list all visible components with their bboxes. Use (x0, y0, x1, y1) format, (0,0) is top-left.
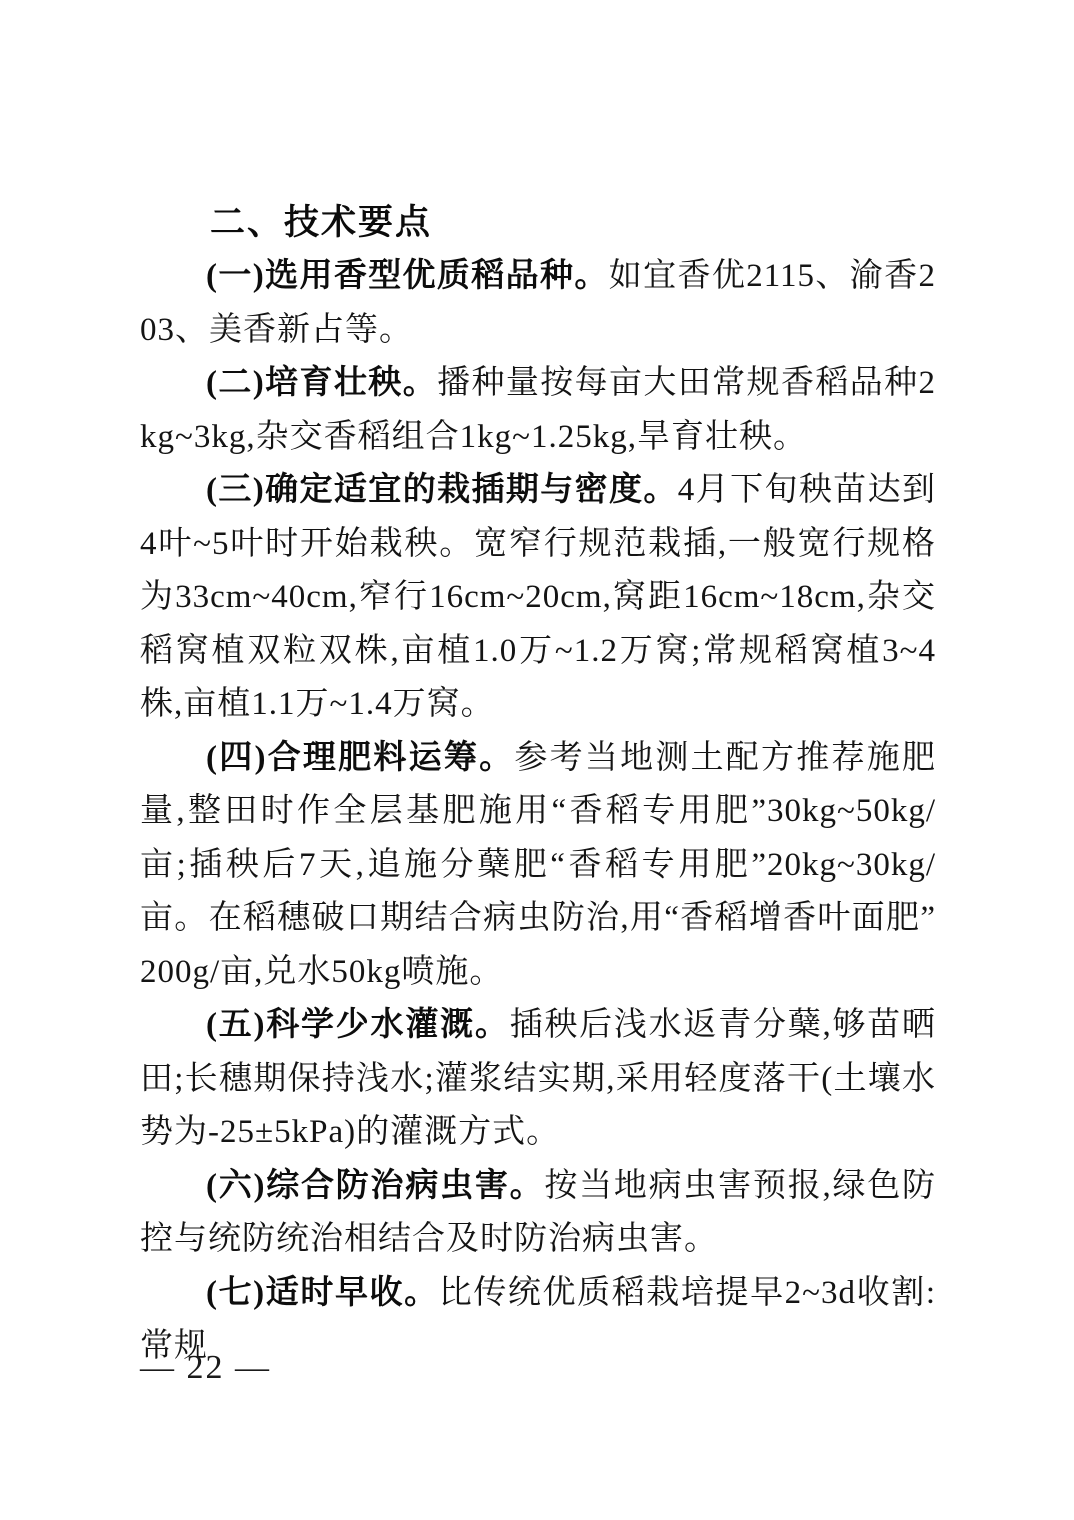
paragraph-6-lead: (六)综合防治病虫害。 (206, 1168, 544, 1204)
document-page: 二、技术要点 (一)选用香型优质稻品种。如宜香优2115、渝香203、美香新占等… (0, 0, 1074, 1520)
section-heading: 二、技术要点 (140, 196, 936, 250)
paragraph-4: (四)合理肥料运筹。参考当地测土配方推荐施肥量,整田时作全层基肥施用“香稻专用肥… (140, 732, 936, 1000)
paragraph-4-body: 参考当地测土配方推荐施肥量,整田时作全层基肥施用“香稻专用肥”30kg~50kg… (140, 740, 936, 990)
paragraph-4-lead: (四)合理肥料运筹。 (206, 740, 514, 776)
paragraph-7-lead: (七)适时早收。 (206, 1275, 439, 1311)
paragraph-2-lead: (二)培育壮秧。 (206, 365, 437, 401)
paragraph-5: (五)科学少水灌溉。插秧后浅水返青分蘖,够苗晒田;长穗期保持浅水;灌浆结实期,采… (140, 999, 936, 1160)
paragraph-3: (三)确定适宜的栽插期与密度。4月下旬秧苗达到4叶~5叶时开始栽秧。宽窄行规范栽… (140, 464, 936, 732)
paragraph-1: (一)选用香型优质稻品种。如宜香优2115、渝香203、美香新占等。 (140, 250, 936, 357)
paragraph-1-lead: (一)选用香型优质稻品种。 (206, 258, 609, 294)
paragraph-6: (六)综合防治病虫害。按当地病虫害预报,绿色防控与统防统治相结合及时防治病虫害。 (140, 1160, 936, 1267)
paragraph-3-lead: (三)确定适宜的栽插期与密度。 (206, 472, 678, 508)
paragraph-5-lead: (五)科学少水灌溉。 (206, 1007, 510, 1043)
paragraph-3-body: 4月下旬秧苗达到4叶~5叶时开始栽秧。宽窄行规范栽插,一般宽行规格为33cm~4… (140, 472, 936, 722)
page-number: — 22 — (140, 1346, 271, 1390)
paragraph-2: (二)培育壮秧。播种量按每亩大田常规香稻品种2kg~3kg,杂交香稻组合1kg~… (140, 357, 936, 464)
